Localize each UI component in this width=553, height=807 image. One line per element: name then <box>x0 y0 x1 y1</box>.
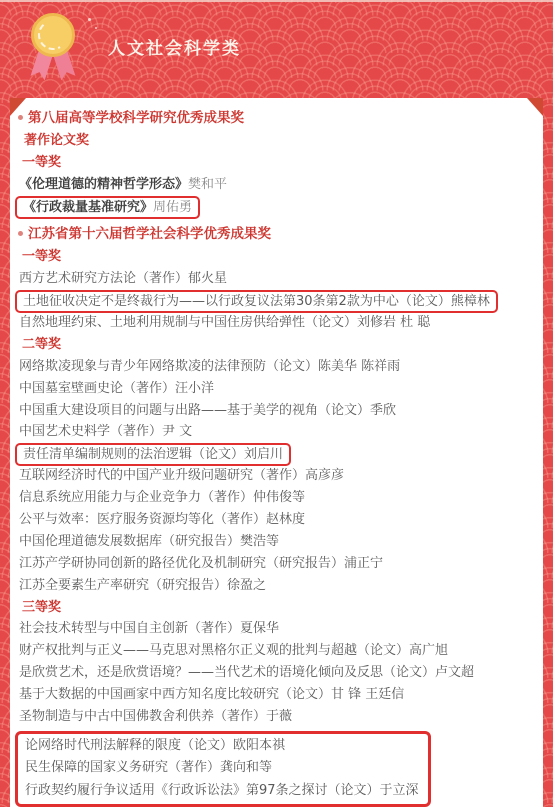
award-item-highlighted: 《行政裁量基准研究》周佑勇 <box>13 196 537 218</box>
content-sheet: 第八届高等学校科学研究优秀成果奖 著作论文奖 一等奖 《伦理道德的精神哲学形态》… <box>10 98 543 807</box>
award-item: 基于大数据的中国画家中西方知名度比较研究（论文）甘 锋 王廷信 <box>13 684 537 706</box>
author-name: 樊和平 <box>188 177 227 192</box>
award-section-title: 第八届高等学校科学研究优秀成果奖 <box>13 108 537 130</box>
award-item: 江苏产学研协同创新的路径优化及机制研究（研究报告）浦正宁 <box>13 553 537 575</box>
award-item: 是欣赏艺术，还是欣赏语境？——当代艺术的语境化倾向及反思（论文）卢文超 <box>13 662 537 684</box>
award-item: 公平与效率：医疗服务资源均等化（著作）赵林度 <box>13 509 537 531</box>
bullet-icon <box>18 115 23 120</box>
sparkle-icon <box>95 27 97 29</box>
award-item: 信息系统应用能力与企业竞争力（著作）仲伟俊等 <box>13 487 537 509</box>
medal-circle <box>31 13 75 57</box>
award-item: 中国伦理道德发展数据库（研究报告）樊浩等 <box>13 531 537 553</box>
banner: 人文社会科学类 <box>0 0 553 98</box>
award-item: 中国重大建设项目的问题与出路——基于美学的视角（论文）季欣 <box>13 400 537 422</box>
award-item: 西方艺术研究方法论（著作）郁火星 <box>13 268 537 290</box>
award-item: 圣物制造与中古中国佛教舍利供养（著作）于薇 <box>13 706 537 728</box>
award-level: 三等奖 <box>13 597 537 619</box>
award-level: 一等奖 <box>13 246 537 268</box>
section-label: 江苏省第十六届哲学社会科学优秀成果奖 <box>28 226 271 242</box>
award-item: 互联网经济时代的中国产业升级问题研究（著作）高彦彦 <box>13 465 537 487</box>
award-level: 一等奖 <box>13 152 537 174</box>
award-subcategory: 著作论文奖 <box>13 130 537 152</box>
bullet-icon <box>18 231 23 236</box>
award-item: 江苏全要素生产率研究（研究报告）徐盈之 <box>13 575 537 597</box>
award-item: 中国艺术史料学（著作）尹 文 <box>13 421 537 443</box>
page-title: 人文社会科学类 <box>108 34 241 59</box>
award-item: 中国墓室壁画史论（著作）汪小洋 <box>13 378 537 400</box>
award-level: 二等奖 <box>13 334 537 356</box>
award-item-highlighted: 民生保障的国家义务研究（著作）龚向和等 <box>25 757 419 779</box>
award-item: 社会技术转型与中国自主创新（著作）夏保华 <box>13 618 537 640</box>
award-item: 《伦理道德的精神哲学形态》樊和平 <box>13 174 537 196</box>
highlight-box: 责任清单编制规则的法治逻辑（论文）刘启川 <box>15 443 291 466</box>
highlight-box: 土地征收决定不是终裁行为——以行政复议法第30条第2款为中心（论文）熊樟林 <box>15 290 498 313</box>
highlight-box-group: 论网络时代刑法解释的限度（论文）欧阳本祺 民生保障的国家义务研究（著作）龚向和等… <box>15 731 431 807</box>
work-title: 《行政裁量基准研究》 <box>23 200 153 215</box>
sparkle-icon <box>88 18 91 21</box>
author-name: 周佑勇 <box>153 200 192 215</box>
award-section-title: 江苏省第十六届哲学社会科学优秀成果奖 <box>13 224 537 246</box>
award-item: 自然地理约束、土地利用规制与中国住房供给弹性（论文）刘修岩 杜 聪 <box>13 312 537 334</box>
top-edge-line <box>0 0 553 2</box>
section-label: 第八届高等学校科学研究优秀成果奖 <box>28 110 244 126</box>
award-item-highlighted: 土地征收决定不是终裁行为——以行政复议法第30条第2款为中心（论文）熊樟林 <box>13 290 537 312</box>
award-item-highlighted: 论网络时代刑法解释的限度（论文）欧阳本祺 <box>25 735 419 757</box>
page: 人文社会科学类 第八届高等学校科学研究优秀成果奖 著作论文奖 一等奖 《伦理道德… <box>0 0 553 807</box>
award-item: 财产权批判与正义——马克思对黑格尔正义观的批判与超越（论文）高广旭 <box>13 640 537 662</box>
award-item-highlighted: 责任清单编制规则的法治逻辑（论文）刘启川 <box>13 443 537 465</box>
work-title: 《伦理道德的精神哲学形态》 <box>19 177 188 192</box>
highlight-box: 《行政裁量基准研究》周佑勇 <box>15 196 200 219</box>
medal-icon <box>30 13 76 81</box>
award-item-highlighted: 行政契约履行争议适用《行政诉讼法》第97条之探讨（论文）于立深 <box>25 780 419 802</box>
award-item: 网络欺凌现象与青少年网络欺凌的法律预防（论文）陈美华 陈祥雨 <box>13 356 537 378</box>
